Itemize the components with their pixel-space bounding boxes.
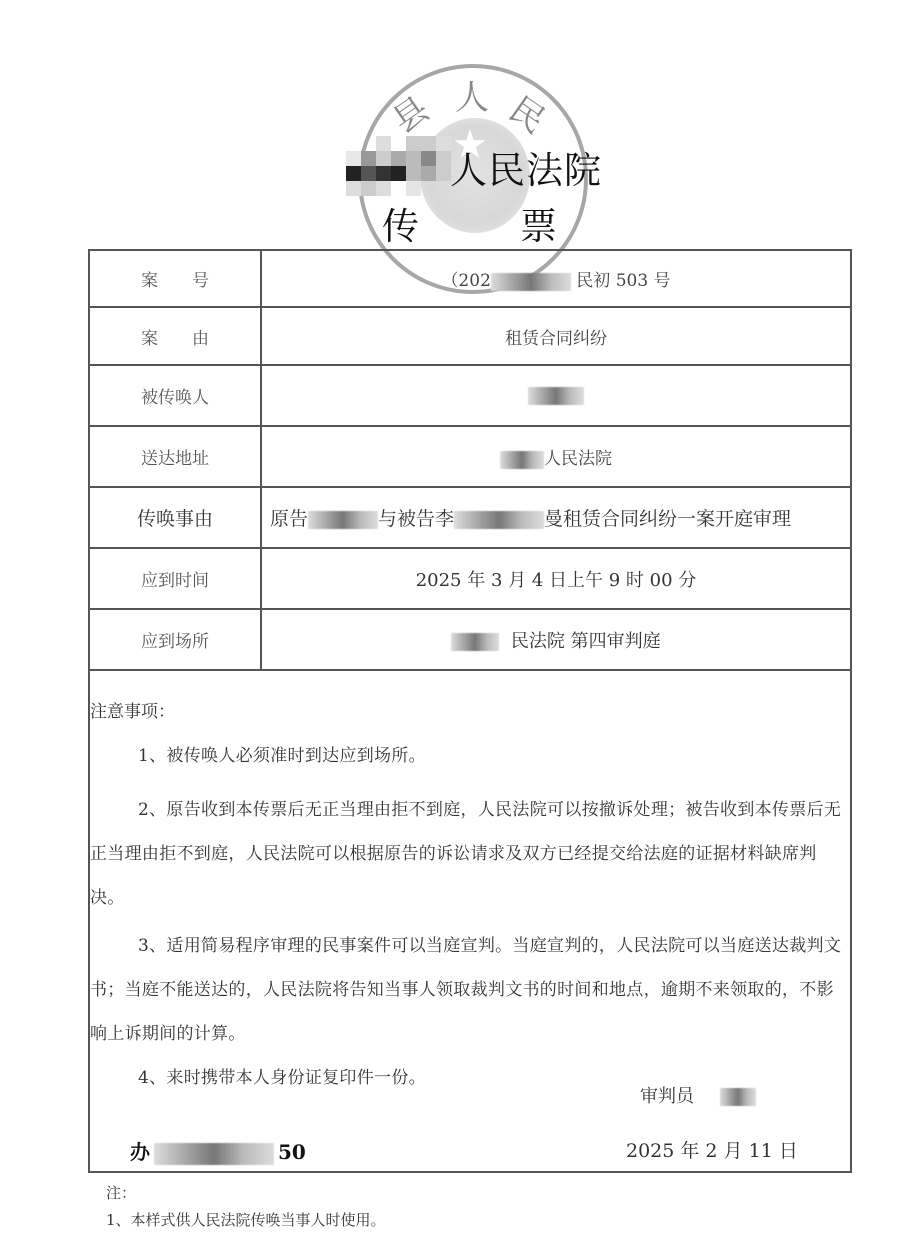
judge-signature: 审判员 xyxy=(640,1082,756,1108)
value-appearance-place: 民法院 第四审判庭 xyxy=(261,609,851,670)
notes-heading: 注意事项： xyxy=(90,700,850,724)
value-case-cause: 租赁合同纠纷 xyxy=(261,307,851,365)
table-row-case-number: 案 号 （202 民初 503 号 xyxy=(89,250,851,307)
notes-section: 注意事项： 1、被传唤人必须准时到达应到场所。 2、原告收到本传票后无正当理由拒… xyxy=(90,700,850,1090)
document-title-left: 传 xyxy=(382,196,419,250)
redacted-block xyxy=(308,511,378,529)
table-row-case-cause: 案 由 租赁合同纠纷 xyxy=(89,307,851,365)
value-case-number: （202 民初 503 号 xyxy=(261,250,851,307)
footnote-section: 注： 1、本样式供人民法院传唤当事人时使用。 xyxy=(106,1180,386,1234)
summons-info-table: 案 号 （202 民初 503 号 案 由 租赁合同纠纷 被传唤人 送达地址 人… xyxy=(88,249,852,671)
label-summons-reason: 传唤事由 xyxy=(89,487,261,548)
redacted-block xyxy=(491,273,571,291)
redacted-block xyxy=(720,1088,756,1106)
table-row-appearance-time: 应到时间 2025 年 3 月 4 日上午 9 时 00 分 xyxy=(89,548,851,609)
issue-date: 2025 年 2 月 11 日 xyxy=(626,1136,798,1163)
label-case-cause: 案 由 xyxy=(89,307,261,365)
case-number-prefix: （202 xyxy=(441,271,490,291)
redacted-block xyxy=(500,451,544,469)
label-appearance-time: 应到时间 xyxy=(89,548,261,609)
label-appearance-place: 应到场所 xyxy=(89,609,261,670)
value-delivery-address: 人民法院 xyxy=(261,426,851,487)
judge-label: 审判员 xyxy=(640,1086,694,1107)
court-name: 人民法院 xyxy=(450,140,602,194)
label-delivery-address: 送达地址 xyxy=(89,426,261,487)
redacted-block xyxy=(528,387,584,405)
handler-line: 办50 xyxy=(130,1136,306,1165)
redacted-block xyxy=(154,1143,274,1165)
value-summons-reason: 原告与被告李曼租赁合同纠纷一案开庭审理 xyxy=(261,487,851,548)
reason-part-c: 曼租赁合同纠纷一案开庭审理 xyxy=(544,508,791,530)
address-suffix: 人民法院 xyxy=(544,449,612,469)
label-summoned-person: 被传唤人 xyxy=(89,365,261,426)
value-summoned-person xyxy=(261,365,851,426)
table-row-appearance-place: 应到场所 民法院 第四审判庭 xyxy=(89,609,851,670)
table-row-delivery-address: 送达地址 人民法院 xyxy=(89,426,851,487)
case-number-suffix: 民初 503 号 xyxy=(576,271,670,291)
handler-prefix: 办 xyxy=(130,1140,150,1164)
reason-part-a: 原告 xyxy=(270,508,308,530)
table-row-summons-reason: 传唤事由 原告与被告李曼租赁合同纠纷一案开庭审理 xyxy=(89,487,851,548)
document-title-right: 票 xyxy=(520,196,557,250)
reason-part-b: 与被告李 xyxy=(378,508,454,530)
label-case-number: 案 号 xyxy=(89,250,261,307)
note-item: 1、被传唤人必须准时到达应到场所。 xyxy=(90,744,850,768)
footnote-heading: 注： xyxy=(106,1180,386,1207)
redacted-court-prefix xyxy=(346,136,451,196)
seal-char: 人 xyxy=(455,70,489,119)
footnote-item: 1、本样式供人民法院传唤当事人时使用。 xyxy=(106,1207,386,1234)
place-suffix: 民法院 第四审判庭 xyxy=(511,631,661,652)
redacted-block xyxy=(454,511,544,529)
note-item: 3、适用简易程序审理的民事案件可以当庭宣判。当庭宣判的，人民法院可以当庭送达裁判… xyxy=(90,924,850,1056)
handler-suffix: 50 xyxy=(278,1140,306,1164)
value-appearance-time: 2025 年 3 月 4 日上午 9 时 00 分 xyxy=(261,548,851,609)
note-item: 2、原告收到本传票后无正当理由拒不到庭，人民法院可以按撤诉处理；被告收到本传票后… xyxy=(90,788,850,920)
table-row-summoned-person: 被传唤人 xyxy=(89,365,851,426)
redacted-block xyxy=(451,633,499,651)
